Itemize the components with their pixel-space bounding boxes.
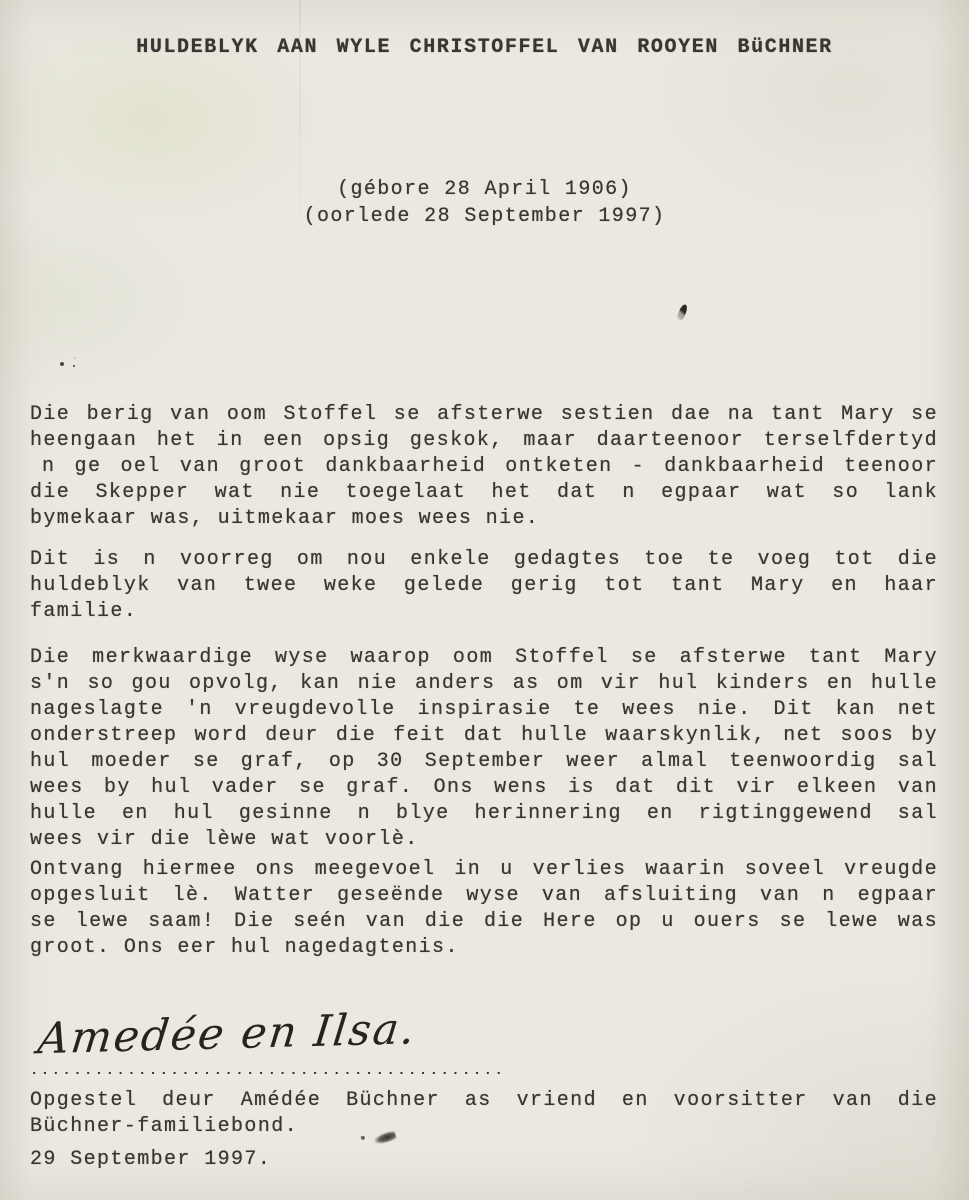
text-line: bymekaar was, uitmekaar moes wees nie.	[30, 506, 938, 532]
text-line: groot. Ons eer hul nagedagtenis.	[30, 935, 938, 961]
text-line: opgesluit lè. Watter geseënde wyse van a…	[30, 883, 938, 909]
text-line: se lewe saam! Die seén van die die Here …	[30, 909, 938, 935]
death-date-line: (oorlede 28 September 1997)	[0, 203, 969, 230]
paragraph-2: Dit is n voorreg om nou enkele gedagtes …	[30, 547, 938, 625]
text-line: Die merkwaardige wyse waarop oom Stoffel…	[30, 645, 938, 671]
ink-speck	[676, 303, 688, 320]
dotted-signature-line: ........................................…	[30, 1063, 505, 1079]
text-line: n ge oel van groot dankbaarheid ontketen…	[30, 454, 938, 480]
text-line: die Skepper wat nie toegelaat het dat n …	[30, 480, 938, 506]
text-line: wees by hul vader se graf. Ons wens is d…	[30, 775, 938, 801]
text-line: Dit is n voorreg om nou enkele gedagtes …	[30, 547, 938, 573]
text-line: huldeblyk van twee weke gelede gerig tot…	[30, 573, 938, 599]
text-line: heengaan het in een opsig geskok, maar d…	[30, 428, 938, 454]
closing-line-2: Büchner-familiebond.	[30, 1114, 938, 1140]
paragraph-1: Die berig van oom Stoffel se afsterwe se…	[30, 402, 938, 532]
ink-speck	[60, 362, 64, 366]
text-line: hul moeder se graf, op 30 September weer…	[30, 749, 938, 775]
text-line: s'n so gou opvolg, kan nie anders as om …	[30, 671, 938, 697]
birth-date-line: (gébore 28 April 1906)	[0, 176, 969, 203]
text-line: onderstreep word deur die feit dat hulle…	[30, 723, 938, 749]
paragraph-4: Ontvang hiermee ons meegevoel in u verli…	[30, 857, 938, 961]
text-line: Die berig van oom Stoffel se afsterwe se…	[30, 402, 938, 428]
paragraph-3: Die merkwaardige wyse waarop oom Stoffel…	[30, 645, 938, 853]
text-line: wees vir die lèwe wat voorlè.	[30, 827, 938, 853]
handwritten-signature: Amedée en Ilsa.	[35, 1002, 511, 1064]
closing-block: Opgestel deur Amédée Büchner as vriend e…	[30, 1088, 938, 1140]
text-line: hulle en hul gesinne n blye herinnering …	[30, 801, 938, 827]
text-line: nageslagte 'n vreugdevolle inspirasie te…	[30, 697, 938, 723]
document-date: 29 September 1997.	[30, 1148, 271, 1171]
life-dates: (gébore 28 April 1906) (oorlede 28 Septe…	[0, 176, 969, 230]
scanned-letter-page: HULDEBLYK AAN WYLE CHRISTOFFEL VAN ROOYE…	[0, 0, 969, 1200]
closing-line-1: Opgestel deur Amédée Büchner as vriend e…	[30, 1088, 938, 1114]
text-line: Ontvang hiermee ons meegevoel in u verli…	[30, 857, 938, 883]
document-title: HULDEBLYK AAN WYLE CHRISTOFFEL VAN ROOYE…	[0, 36, 969, 59]
text-line: familie.	[30, 599, 938, 625]
